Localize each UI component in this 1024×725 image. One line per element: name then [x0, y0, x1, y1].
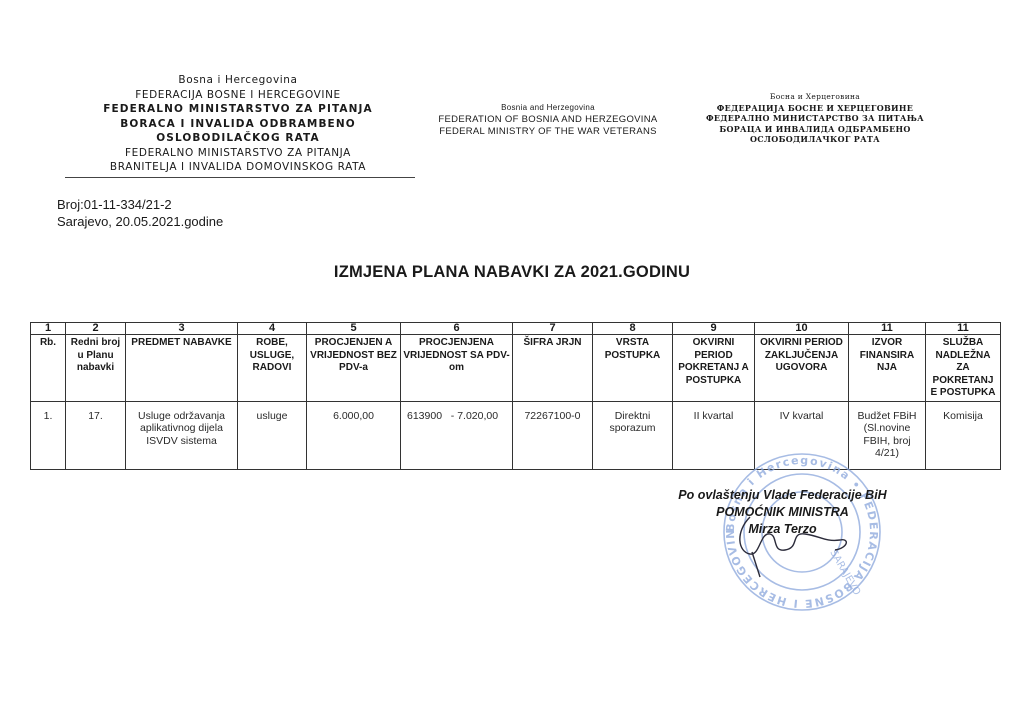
- column-number-cell: 7: [513, 323, 593, 335]
- table-cell: Direktni sporazum: [593, 401, 673, 469]
- table-cell: 72267100-0: [513, 401, 593, 469]
- column-number-cell: 11: [849, 323, 926, 335]
- procurement-plan-table: 123456789101111 Rb.Redni broj u Planu na…: [30, 322, 1001, 470]
- letterhead-federation: FEDERACIJA BOSNE I HERCEGOVINE: [68, 88, 408, 103]
- letterhead-ministry-line1: FEDERALNO MINISTARSTVO ZA PITANJA: [68, 102, 408, 117]
- column-number-row: 123456789101111: [31, 323, 1001, 335]
- column-header: OKVIRNI PERIOD POKRETANJ A POSTUPKA: [673, 335, 755, 402]
- table-cell: 1.: [31, 401, 66, 469]
- column-header: PROCJENJENA VRIJEDNOST SA PDV-om: [401, 335, 513, 402]
- letterhead-bosnian: Bosna i Hercegovina FEDERACIJA BOSNE I H…: [68, 73, 408, 175]
- column-header: ROBE, USLUGE, RADOVI: [238, 335, 307, 402]
- letterhead-cyrillic: Босна и Херцеговина ФЕДЕРАЦИЈА БОСНЕ И Х…: [690, 92, 940, 145]
- column-number-cell: 11: [926, 323, 1001, 335]
- table-cell: 17.: [66, 401, 126, 469]
- document-meta: Broj:01-11-334/21-2 Sarajevo, 20.05.2021…: [57, 196, 223, 230]
- table-cell: Komisija: [926, 401, 1001, 469]
- letterhead-ministry-line3: OSLOBODILAČKOG RATA: [68, 131, 408, 146]
- signature-authorization: Po ovlaštenju Vlade Federacije BiH: [660, 487, 905, 504]
- column-header: VRSTA POSTUPKA: [593, 335, 673, 402]
- table-cell: Usluge održavanja aplikativnog dijela IS…: [126, 401, 238, 469]
- column-header-row: Rb.Redni broj u Planu nabavkiPREDMET NAB…: [31, 335, 1001, 402]
- column-header: PREDMET NABAVKE: [126, 335, 238, 402]
- document-title: IZMJENA PLANA NABAVKI ZA 2021.GODINU: [0, 263, 1024, 282]
- table-cell: usluge: [238, 401, 307, 469]
- table-cell: 6.000,00: [307, 401, 401, 469]
- column-number-cell: 8: [593, 323, 673, 335]
- letterhead-federation-en: FEDERATION OF BOSNIA AND HERZEGOVINA: [408, 114, 688, 126]
- column-header: Redni broj u Planu nabavki: [66, 335, 126, 402]
- column-number-cell: 2: [66, 323, 126, 335]
- letterhead-federation-cyr: ФЕДЕРАЦИЈА БОСНЕ И ХЕРЦЕГОВИНЕ: [690, 103, 940, 114]
- column-header: SLUŽBA NADLEŽNA ZA POKRETANJ E POSTUPKA: [926, 335, 1001, 402]
- letterhead-country: Bosna i Hercegovina: [68, 73, 408, 88]
- letterhead-country-cyr: Босна и Херцеговина: [690, 92, 940, 103]
- column-header: ŠIFRA JRJN: [513, 335, 593, 402]
- letterhead-country-en: Bosnia and Herzegovina: [408, 102, 688, 114]
- column-number-cell: 4: [238, 323, 307, 335]
- letterhead-english: Bosnia and Herzegovina FEDERATION OF BOS…: [408, 102, 688, 138]
- handwritten-signature: [730, 512, 860, 582]
- table-cell: 613900 - 7.020,00: [401, 401, 513, 469]
- letterhead-ministry-alt-line2: BRANITELJA I INVALIDA DOMOVINSKOG RATA: [68, 160, 408, 175]
- column-number-cell: 3: [126, 323, 238, 335]
- place-date: Sarajevo, 20.05.2021.godine: [57, 213, 223, 230]
- column-header: OKVIRNI PERIOD ZAKLJUČENJA UGOVORA: [755, 335, 849, 402]
- column-header: PROCJENJEN A VRIJEDNOST BEZ PDV-a: [307, 335, 401, 402]
- letterhead-ministry-cyr-line1: ФЕДЕРАЛНО МИНИСТАРСТВО ЗА ПИТАЊА: [690, 113, 940, 124]
- letterhead-divider: [65, 177, 415, 178]
- column-header: IZVOR FINANSIRA NJA: [849, 335, 926, 402]
- letterhead-ministry-alt-line1: FEDERALNO MINISTARSTVO ZA PITANJA: [68, 146, 408, 161]
- reference-number: Broj:01-11-334/21-2: [57, 196, 223, 213]
- letterhead-ministry-line2: BORACA I INVALIDA ODBRAMBENO: [68, 117, 408, 132]
- letterhead-ministry-cyr-line2: БОРАЦА И ИНВАЛИДА ОДБРАМБЕНО: [690, 124, 940, 135]
- column-number-cell: 5: [307, 323, 401, 335]
- column-number-cell: 1: [31, 323, 66, 335]
- letterhead-ministry-en: FEDERAL MINISTRY OF THE WAR VETERANS: [408, 126, 688, 138]
- column-number-cell: 9: [673, 323, 755, 335]
- column-number-cell: 10: [755, 323, 849, 335]
- column-number-cell: 6: [401, 323, 513, 335]
- letterhead-ministry-cyr-line3: ОСЛОБОДИЛАЧКОГ РАТА: [690, 134, 940, 145]
- column-header: Rb.: [31, 335, 66, 402]
